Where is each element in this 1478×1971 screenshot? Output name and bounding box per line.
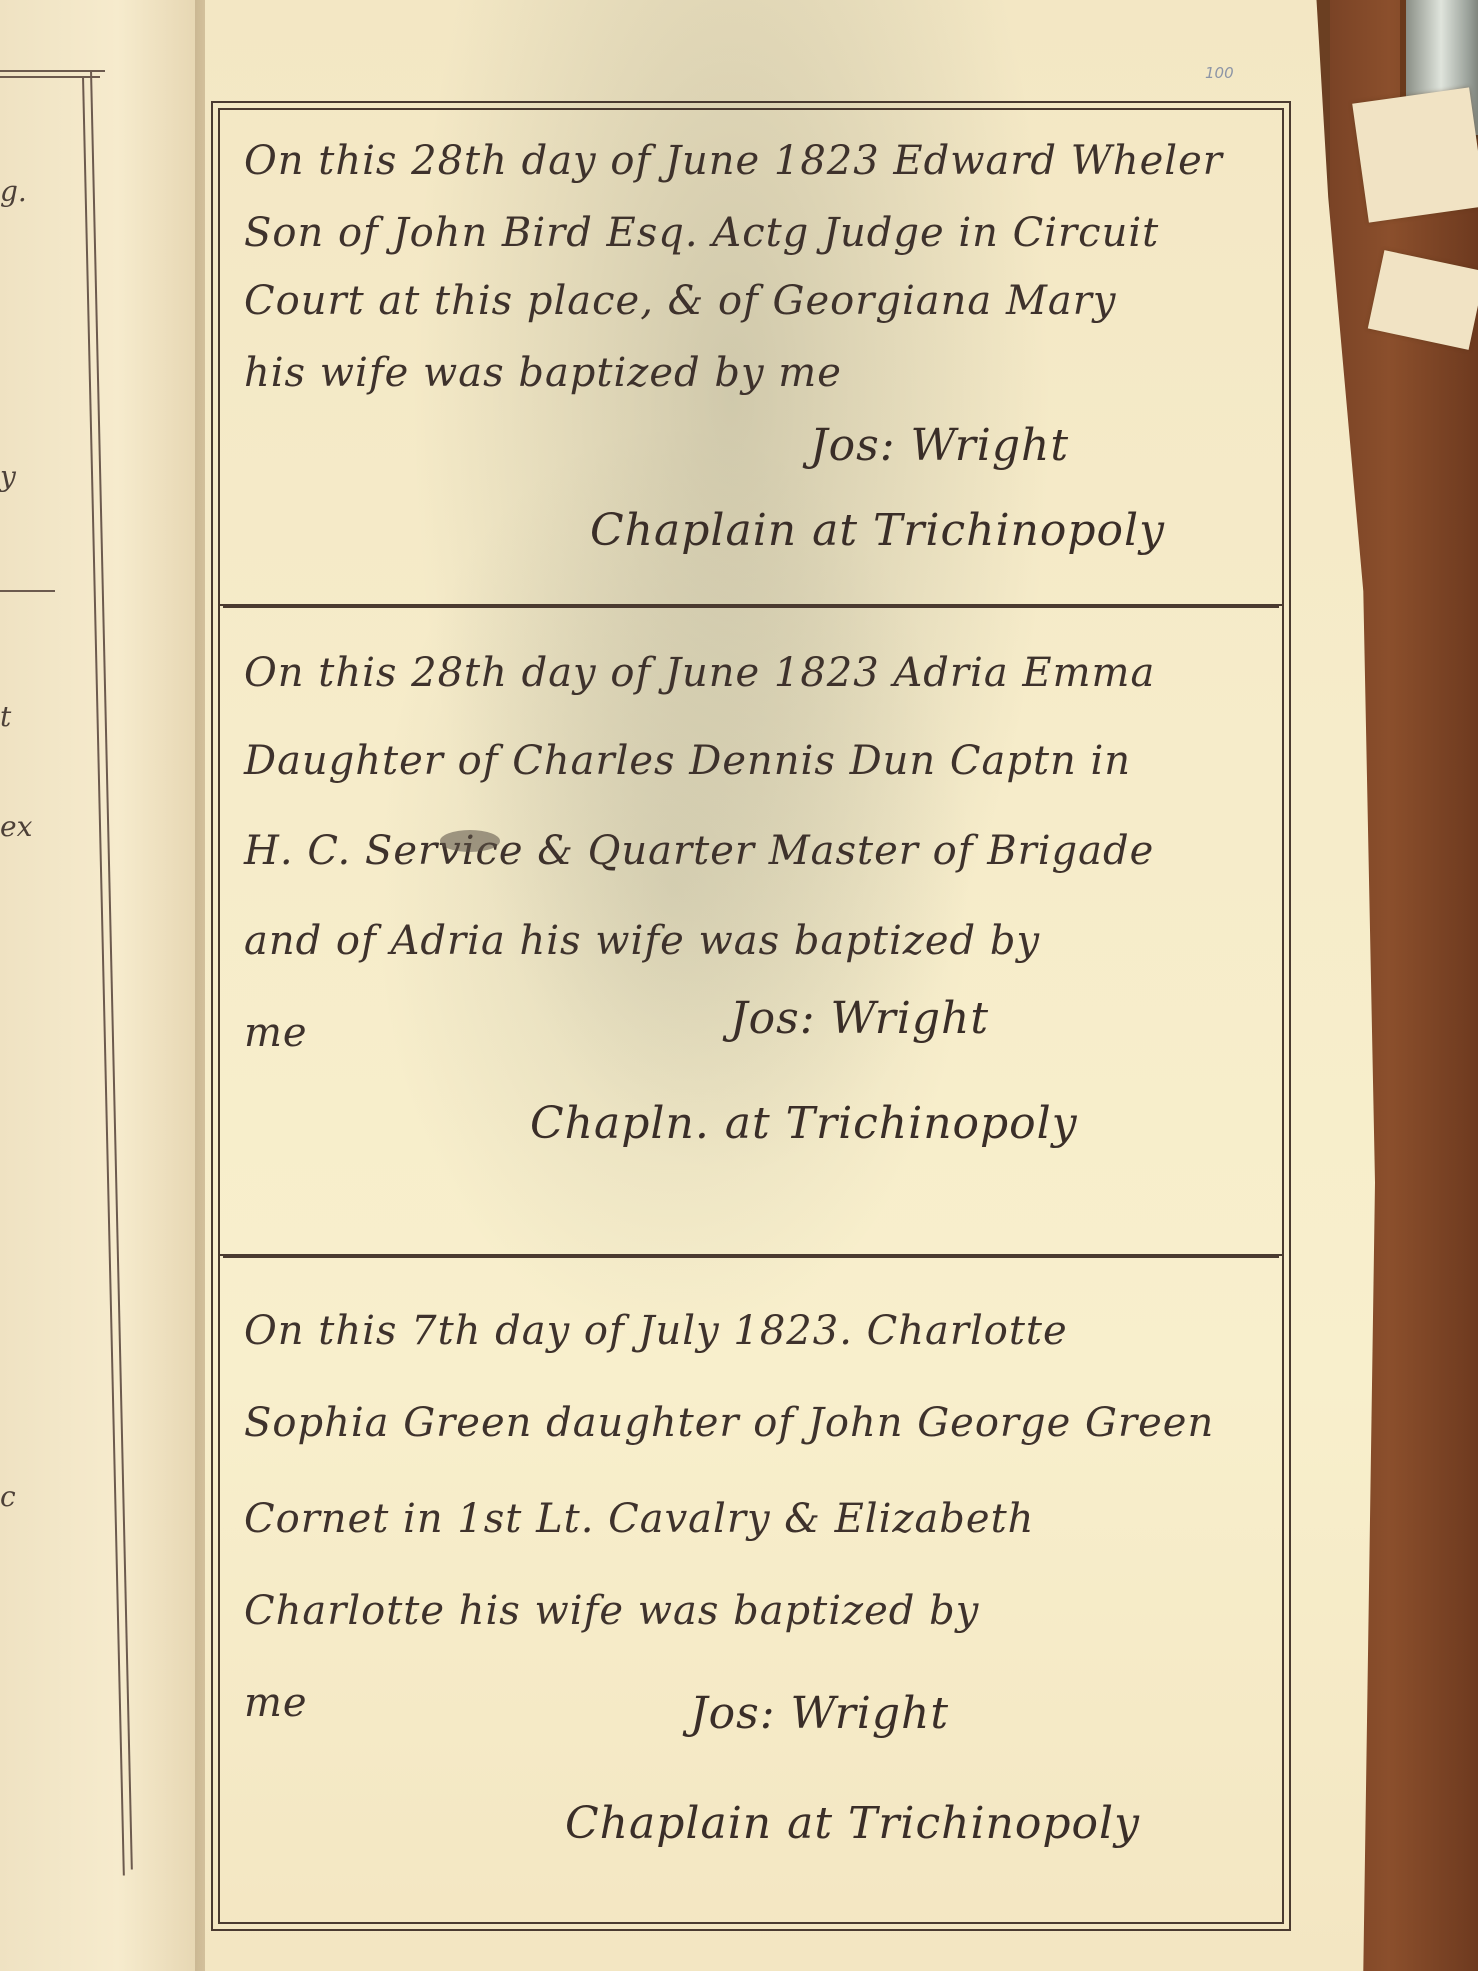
signature: Jos: Wright <box>810 420 1069 471</box>
left-page-fragment: y <box>0 460 16 493</box>
left-page-rule <box>0 590 55 592</box>
left-page: g. y t ex c <box>0 0 215 1971</box>
left-page-rule <box>82 76 125 1876</box>
entry-line: On this 28th day of June 1823 Adria Emma <box>244 650 1258 696</box>
page-number: 100 <box>1205 64 1234 82</box>
ink-blot <box>440 830 500 852</box>
baptism-register-table: On this 28th day of June 1823 Edward Whe… <box>218 108 1284 1924</box>
entry-line: his wife was baptized by me <box>244 350 1258 396</box>
left-page-fragment: t <box>0 700 11 733</box>
entry-line: Daughter of Charles Dennis Dun Captn in <box>244 738 1258 784</box>
entry-line: On this 28th day of June 1823 Edward Whe… <box>244 138 1258 184</box>
left-page-fragment: ex <box>0 810 32 843</box>
entry-line: Son of John Bird Esq. Actg Judge in Circ… <box>244 210 1258 256</box>
signatory-title: Chaplain at Trichinopoly <box>565 1798 1140 1849</box>
entry-line: Sophia Green daughter of John George Gre… <box>244 1400 1258 1446</box>
register-entry: On this 28th day of June 1823 Adria Emma… <box>220 618 1282 1256</box>
entry-line: H. C. Service & Quarter Master of Brigad… <box>244 828 1258 874</box>
signatory-title: Chaplain at Trichinopoly <box>590 505 1165 556</box>
signatory-title: Chapln. at Trichinopoly <box>530 1098 1078 1149</box>
signature: Jos: Wright <box>730 993 989 1044</box>
entry-line: and of Adria his wife was baptized by <box>244 918 1258 964</box>
torn-paper-fragment <box>1352 87 1478 222</box>
left-page-fragment: g. <box>0 175 27 208</box>
entry-line: Cornet in 1st Lt. Cavalry & Elizabeth <box>244 1496 1258 1542</box>
entry-line: Charlotte his wife was baptized by <box>244 1588 1258 1634</box>
register-entry: On this 28th day of June 1823 Edward Whe… <box>220 110 1282 606</box>
left-page-rule <box>0 76 100 78</box>
entry-line: Court at this place, & of Georgiana Mary <box>244 278 1258 324</box>
register-entry: On this 7th day of July 1823. Charlotte … <box>220 1268 1282 1922</box>
entry-line: On this 7th day of July 1823. Charlotte <box>244 1308 1258 1354</box>
signature: Jos: Wright <box>690 1688 949 1739</box>
left-page-rule <box>90 70 133 1870</box>
left-page-fragment: c <box>0 1480 16 1513</box>
